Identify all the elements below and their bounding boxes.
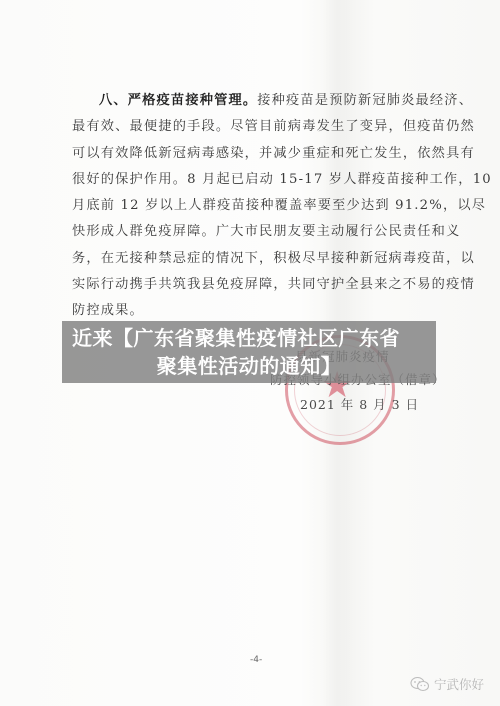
- text-line: 务，在无接种禁忌症的情况下，积极尽早接种新冠病毒疫苗，以: [72, 246, 442, 272]
- text-line: 实际行动携手共筑我县免疫屏障，共同守护全县来之不易的疫情: [72, 272, 442, 298]
- signature-date: 2021 年 8 月 3 日: [250, 393, 450, 416]
- text-line: 快形成人群免疫屏障。广大市民朋友要主动履行公民责任和义: [72, 219, 442, 245]
- overlay-title-line2: 聚集性活动的通知】: [62, 352, 436, 380]
- overlay-title-line1: 近来【广东省聚集性疫情社区广东省: [62, 324, 436, 352]
- text-line: 月底前 12 岁以上人群疫苗接种覆盖率要至少达到 91.2%，以尽: [72, 193, 442, 219]
- wechat-icon: [410, 676, 430, 692]
- paragraph-vaccination: 八、严格疫苗接种管理。接种疫苗是预防新冠肺炎最经济、 最有效、最便捷的手段。尽管…: [72, 88, 442, 325]
- page-number: -4-: [250, 655, 262, 665]
- title-overlay: 近来【广东省聚集性疫情社区广东省 聚集性活动的通知】: [62, 321, 436, 383]
- document-page: 八、严格疫苗接种管理。接种疫苗是预防新冠肺炎最经济、 最有效、最便捷的手段。尽管…: [0, 0, 500, 706]
- text-line: 八、严格疫苗接种管理。接种疫苗是预防新冠肺炎最经济、: [72, 88, 442, 114]
- text-line: 最有效、最便捷的手段。尽管目前病毒发生了变异，但疫苗仍然: [72, 114, 442, 140]
- text-line: 很好的保护作用。8 月起已启动 15-17 岁人群疫苗接种工作，10: [72, 167, 442, 193]
- text-line: 可以有效降低新冠病毒感染，并减少重症和死亡发生，依然具有: [72, 141, 442, 167]
- watermark: 宁武你好: [410, 675, 484, 693]
- text-line-content: 接种疫苗是预防新冠肺炎最经济、: [257, 93, 473, 108]
- section-heading: 八、严格疫苗接种管理。: [99, 93, 257, 108]
- watermark-text: 宁武你好: [434, 675, 484, 693]
